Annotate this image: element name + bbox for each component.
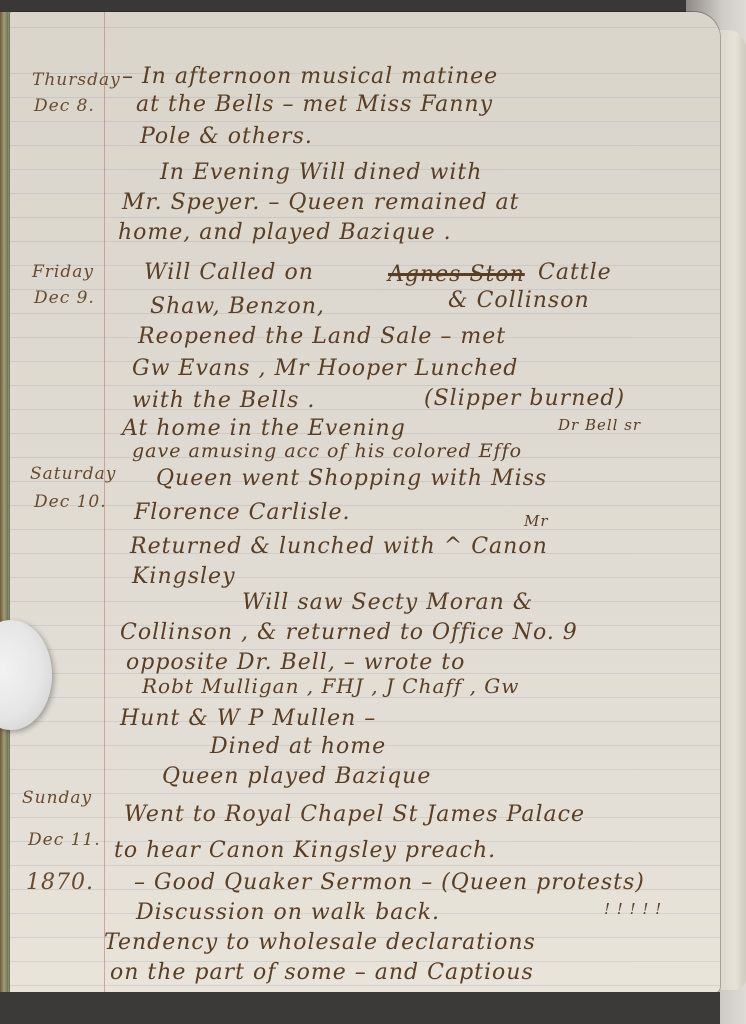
entry-line: with the Bells . [132, 388, 315, 413]
entry-day: Thursday [32, 70, 121, 90]
entry-date: Dec 10. [34, 492, 107, 512]
entry-line: home, and played Bazique . [118, 220, 452, 245]
entry-date: Dec 8. [34, 96, 95, 116]
entry-line: Discussion on walk back. [136, 900, 440, 925]
insert-text: Cattle [538, 260, 612, 285]
entry-day: Saturday [30, 464, 116, 484]
entry-line: gave amusing acc of his colored Effo [132, 440, 522, 462]
entry-line: at the Bells – met Miss Fanny [136, 92, 493, 117]
entry-line: to hear Canon Kingsley preach. [114, 838, 496, 863]
entry-line: In Evening Will dined with [160, 160, 482, 185]
entry-line: Tendency to wholesale declarations [104, 930, 536, 955]
entry-line: Went to Royal Chapel St James Palace [124, 802, 585, 827]
entry-day: Friday [32, 262, 94, 282]
insert-text: (Slipper burned) [424, 386, 625, 411]
diary-page: Thursday Dec 8. – In afternoon musical m… [10, 12, 720, 994]
entry-line: Will Called on [144, 260, 314, 285]
insert-text: Dr Bell sr [558, 416, 641, 434]
entry-line: Dined at home [210, 734, 386, 759]
entry-line: opposite Dr. Bell, – wrote to [126, 650, 465, 675]
entry-line: – In afternoon musical matinee [122, 64, 498, 89]
entry-line: Collinson , & returned to Office No. 9 [120, 620, 578, 645]
entry-line: Returned & lunched with ^ Canon [130, 534, 548, 559]
entry-line: At home in the Evening [122, 416, 406, 441]
entry-line: Florence Carlisle. [134, 500, 350, 525]
entry-line: Will saw Secty Moran & [242, 590, 533, 615]
entry-line: Hunt & W P Mullen – [120, 706, 376, 731]
entry-line: Shaw, Benzon, [150, 294, 325, 319]
entry-line: Kingsley [132, 564, 236, 589]
entry-date: Dec 9. [34, 288, 95, 308]
entry-line: Mr. Speyer. – Queen remained at [122, 190, 520, 215]
entry-line: Reopened the Land Sale – met [138, 324, 506, 349]
entry-year: 1870. [26, 870, 94, 895]
entry-line: Robt Mulligan , FHJ , J Chaff , Gw [142, 674, 519, 698]
entry-line: Queen played Bazique [162, 764, 431, 789]
insert-text: Mr [524, 512, 549, 530]
insert-text: ! ! ! ! ! [604, 900, 662, 918]
struck-text: Agnes Ston [388, 262, 525, 287]
table-surface [0, 992, 720, 1024]
entry-day: Sunday [22, 788, 92, 808]
insert-text: & Collinson [448, 288, 590, 313]
entry-line: – Good Quaker Sermon – (Queen protests) [134, 870, 645, 895]
entry-line: on the part of some – and Captious [110, 960, 534, 985]
entry-line: Gw Evans , Mr Hooper Lunched [132, 356, 518, 381]
entry-line: Queen went Shopping with Miss [156, 466, 547, 491]
entry-line: Pole & others. [140, 124, 313, 149]
entry-date: Dec 11. [28, 830, 101, 850]
